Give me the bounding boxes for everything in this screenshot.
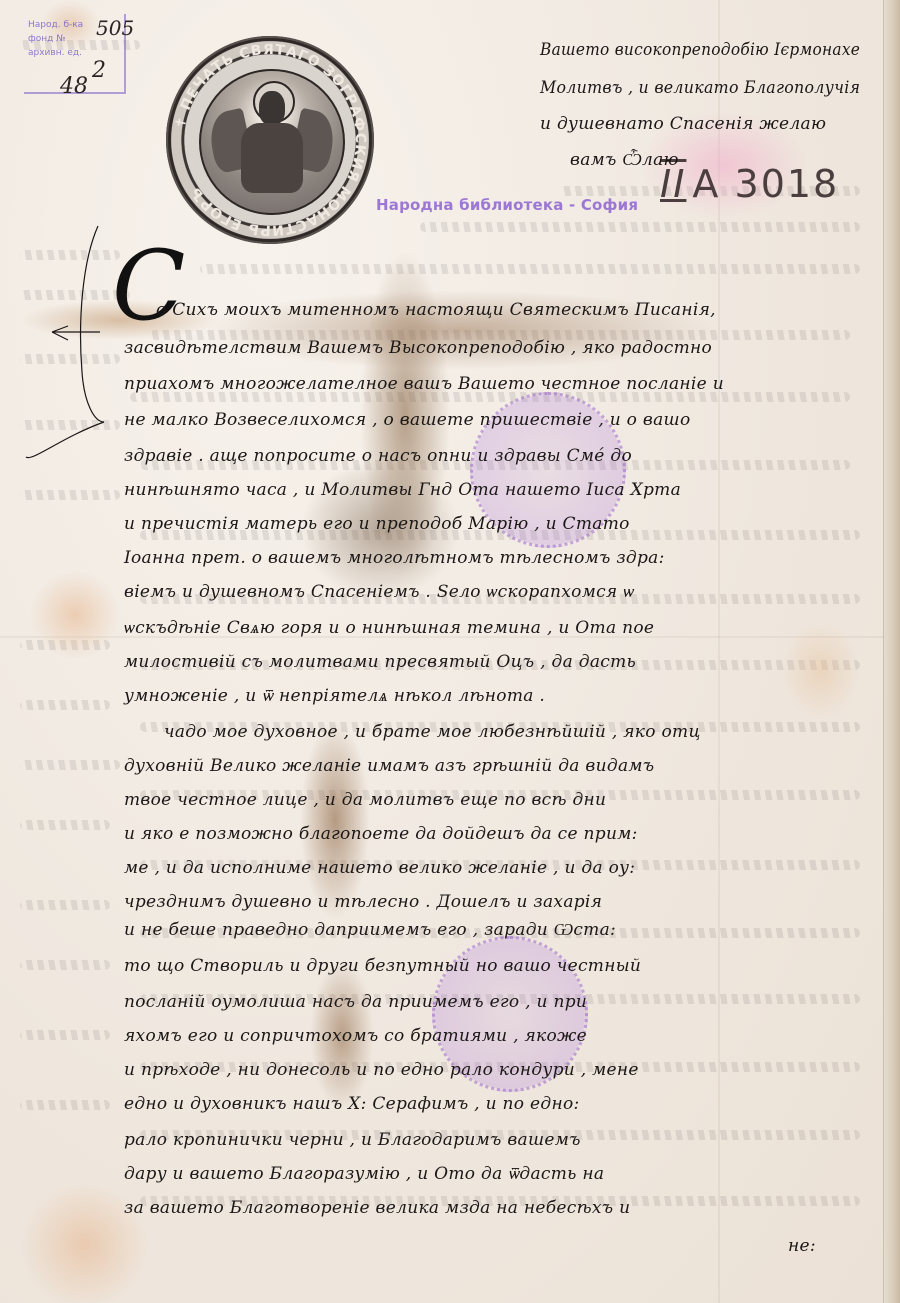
body-line: приахомъ многожелателное вашъ Вашето чес… — [124, 374, 724, 394]
unit-number: 2 — [92, 58, 106, 83]
saint-body-icon — [241, 123, 303, 193]
body-line: и не беше праведно даприимемъ его , зара… — [124, 920, 616, 940]
call-number: IIА 3018 — [660, 162, 839, 206]
header-line: Молитвъ , и великато Благополучія — [540, 78, 860, 98]
body-line: едно и духовникъ нашъ Х: Серафимъ , и по… — [124, 1094, 580, 1114]
fond-number: 505 — [96, 16, 134, 40]
header-line: Вашето високопреподобію Ієрмонахе — [540, 40, 860, 60]
body-line: и пречистія матерь его и преподоб Марію … — [124, 514, 630, 534]
seal-icon-saint-john — [199, 69, 345, 215]
item-number: 48 — [60, 74, 88, 99]
body-line: твое честное лице , и да молитвъ еще по … — [124, 790, 606, 810]
body-line: яхомъ его и сопричтохомъ со братиями , я… — [124, 1026, 587, 1046]
body-line: духовній Велико желаніе имамъ азъ грѣшні… — [124, 756, 654, 776]
header-line: вамъ Ѽлаю — [570, 150, 679, 170]
national-library-stamp: Народна библиотека - София — [376, 196, 638, 214]
body-line: віемъ и душевномъ Спасеніемъ . Sело ѡско… — [124, 582, 634, 602]
body-line: ѡскъдѣніе Свѧю горя и о нинѣшная темина … — [124, 618, 654, 638]
body-line: и яко е позможно благопоете да дойдешъ д… — [124, 824, 638, 844]
body-line: не малко Возвеселихомся , о вашете прише… — [124, 410, 691, 430]
body-line: чадо мое духовное , и брате мое любезнѣй… — [164, 722, 701, 742]
body-line: чрезднимъ душевно и тѣлесно . Дошелъ и з… — [124, 892, 602, 912]
body-line: о Сихъ моихъ митенномъ настоящи Святески… — [156, 300, 716, 320]
body-line: рало кропинички черни , и Благодаримъ ва… — [124, 1130, 581, 1150]
header-line: и душевнато Спасенія желаю — [540, 114, 826, 134]
body-line: то що Створиль и други безпутный но вашо… — [124, 956, 641, 976]
monastery-seal: ✝ ПЕЧАТЬ СВЯТАГО ЗОГРАФСКИЯ МОНАСТИРЬ ЕГ… — [166, 36, 374, 244]
body-line: дару и вашето Благоразумію , и Ото да ѿд… — [124, 1164, 604, 1184]
margin-bracket-icon — [22, 222, 112, 462]
body-line: здравіе . аще попросите о насъ опни и зд… — [124, 446, 632, 466]
body-line: и прѣходе , ни донесоль и по едно рало к… — [124, 1060, 639, 1080]
body-line: засвидѣтелствим Вашемъ Высокопреподобію … — [124, 338, 712, 358]
saint-head-icon — [259, 91, 285, 125]
body-line: посланій оумолиша насъ да приимемъ его ,… — [124, 992, 587, 1012]
page-edge — [883, 0, 900, 1303]
body-line: ме , и да исполниме нашето велико желані… — [124, 858, 635, 878]
body-line: Іоанна прет. о вашемъ многолѣтномъ тѣлес… — [124, 548, 665, 568]
body-line: умноженіе , и ѿ непріятелѧ нѣкол лѣнота … — [124, 686, 545, 706]
body-line: за вашето Благотвореніе велика мзда на н… — [124, 1198, 630, 1218]
closing-mark: не: — [788, 1236, 816, 1256]
body-line: нинѣшнято часа , и Молитвы Гнд Ота нашет… — [124, 480, 681, 500]
body-line: милостивій съ молитвами пресвятый Оцъ , … — [124, 652, 636, 672]
